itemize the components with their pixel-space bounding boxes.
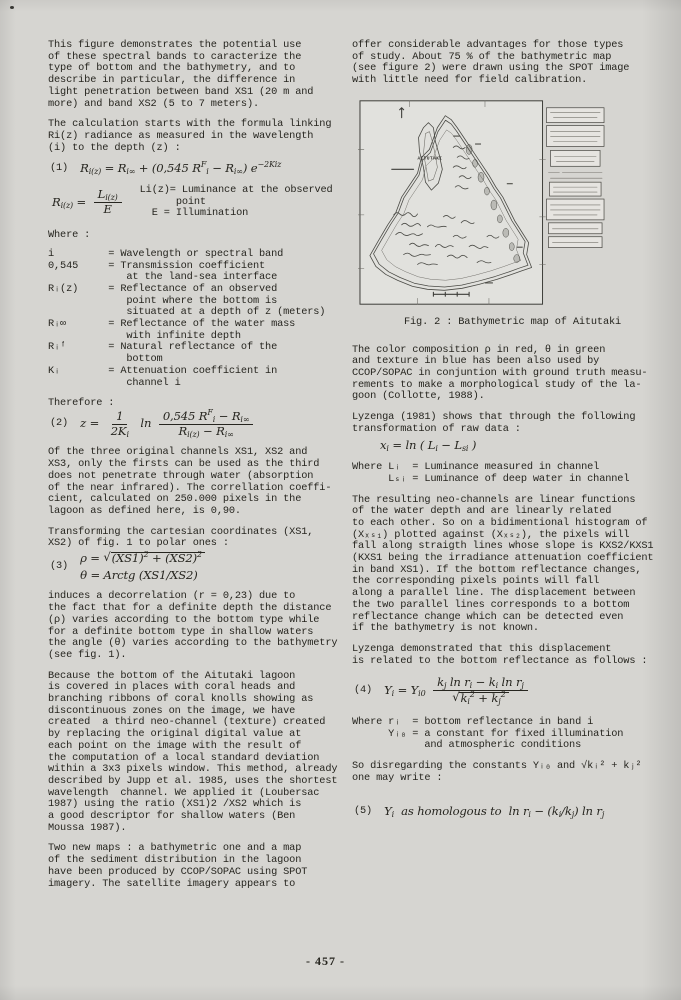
scan-artifact — [10, 6, 14, 9]
figure-caption: Fig. 2 : Bathymetric map of Aitutaki — [404, 317, 654, 329]
formula-1-label: (1) — [50, 163, 68, 175]
para-displacement: Lyzenga demonstrated that this displacem… — [352, 644, 654, 667]
bathymetric-map: AITUTAKI — [358, 97, 608, 309]
para-disregarding: So disregarding the constants Yᵢ₀ and √k… — [352, 761, 654, 784]
formula-reflectance-def: Ri(z) = Li(z)E Li(z)= Luminance at the o… — [52, 185, 348, 220]
formula-5: (5) Yi as homologous to ln ri − (ki/kj) … — [354, 806, 654, 818]
right-column: offer considerable advantages for those … — [352, 40, 654, 828]
scanned-paper-page: This figure demonstrates the potential u… — [0, 0, 681, 1000]
formula-3: (3) ρ = √(XS1)2 + (XS2)2 θ = Arctg (XS1/… — [50, 552, 348, 581]
formula-3-label: (3) — [50, 561, 68, 573]
formula-4-label: (4) — [354, 685, 372, 697]
para-decorrelation: induces a decorrelation (r = 0,23) due t… — [48, 591, 348, 661]
left-column: This figure demonstrates the potential u… — [48, 40, 348, 899]
formula-side-note: Li(z)= Luminance at the observed point E… — [140, 185, 333, 220]
formula: Ri(z) = Ri∞ + (0,545 RFi − Ri∞) e−2Kiz — [80, 163, 281, 175]
formula-5-label: (5) — [354, 806, 372, 818]
formula-4: (4) Yi = Yi0 kj ln ri − ki ln rj√ki2 + k… — [354, 677, 654, 704]
para-texture-channel: Because the bottom of the Aitutaki lagoo… — [48, 671, 348, 835]
symbol-definitions: i = Wavelength or spectral band 0,545 = … — [48, 249, 348, 389]
para-advantages: offer considerable advantages for those … — [352, 40, 654, 87]
formula: ρ = √(XS1)2 + (XS2)2 — [80, 552, 205, 565]
page-number: - 457 - — [0, 954, 651, 969]
para-neo-channels: The resulting neo-channels are linear fu… — [352, 495, 654, 635]
where-label: Where : — [48, 230, 348, 242]
formula: z = 12Ki ln 0,545 RFi − Ri∞Ri(z) − Ri∞ — [80, 411, 257, 437]
para-lyzenga: Lyzenga (1981) shows that through the fo… — [352, 412, 654, 435]
where-reflectance: Where rᵢ = bottom reflectance in band i … — [352, 717, 654, 752]
island-label: AITUTAKI — [418, 156, 443, 161]
para-transforming: Transforming the cartesian coordinates (… — [48, 527, 348, 550]
para-two-new-maps: Two new maps : a bathymetric one and a m… — [48, 843, 348, 890]
para-color-composition: The color composition ρ in red, θ in gre… — [352, 345, 654, 404]
formula: Yi as homologous to ln ri − (ki/kj) ln r… — [384, 806, 604, 818]
formula-1: (1) Ri(z) = Ri∞ + (0,545 RFi − Ri∞) e−2K… — [50, 163, 348, 175]
para-channels: Of the three original channels XS1, XS2 … — [48, 447, 348, 517]
formula-3-stack: ρ = √(XS1)2 + (XS2)2 θ = Arctg (XS1/XS2) — [80, 552, 205, 581]
formula: xi = ln ( Li − Lsi ) — [380, 440, 476, 452]
para-calculation: The calculation starts with the formula … — [48, 119, 348, 154]
formula-xi: xi = ln ( Li − Lsi ) — [380, 440, 654, 452]
formula: Yi = Yi0 kj ln ri − ki ln rj√ki2 + kj2 — [384, 677, 532, 704]
map-legend — [546, 108, 604, 248]
map-frame — [360, 101, 543, 304]
figure-2: AITUTAKI — [358, 97, 608, 309]
formula: Ri(z) = Li(z)E — [52, 189, 126, 215]
formula-2: (2) z = 12Ki ln 0,545 RFi − Ri∞Ri(z) − R… — [50, 411, 348, 437]
formula: θ = Arctg (XS1/XS2) — [80, 570, 205, 582]
para-intro: This figure demonstrates the potential u… — [48, 40, 348, 110]
where-luminance: Where Lᵢ = Luminance measured in channel… — [352, 462, 654, 485]
formula-2-label: (2) — [50, 418, 68, 430]
